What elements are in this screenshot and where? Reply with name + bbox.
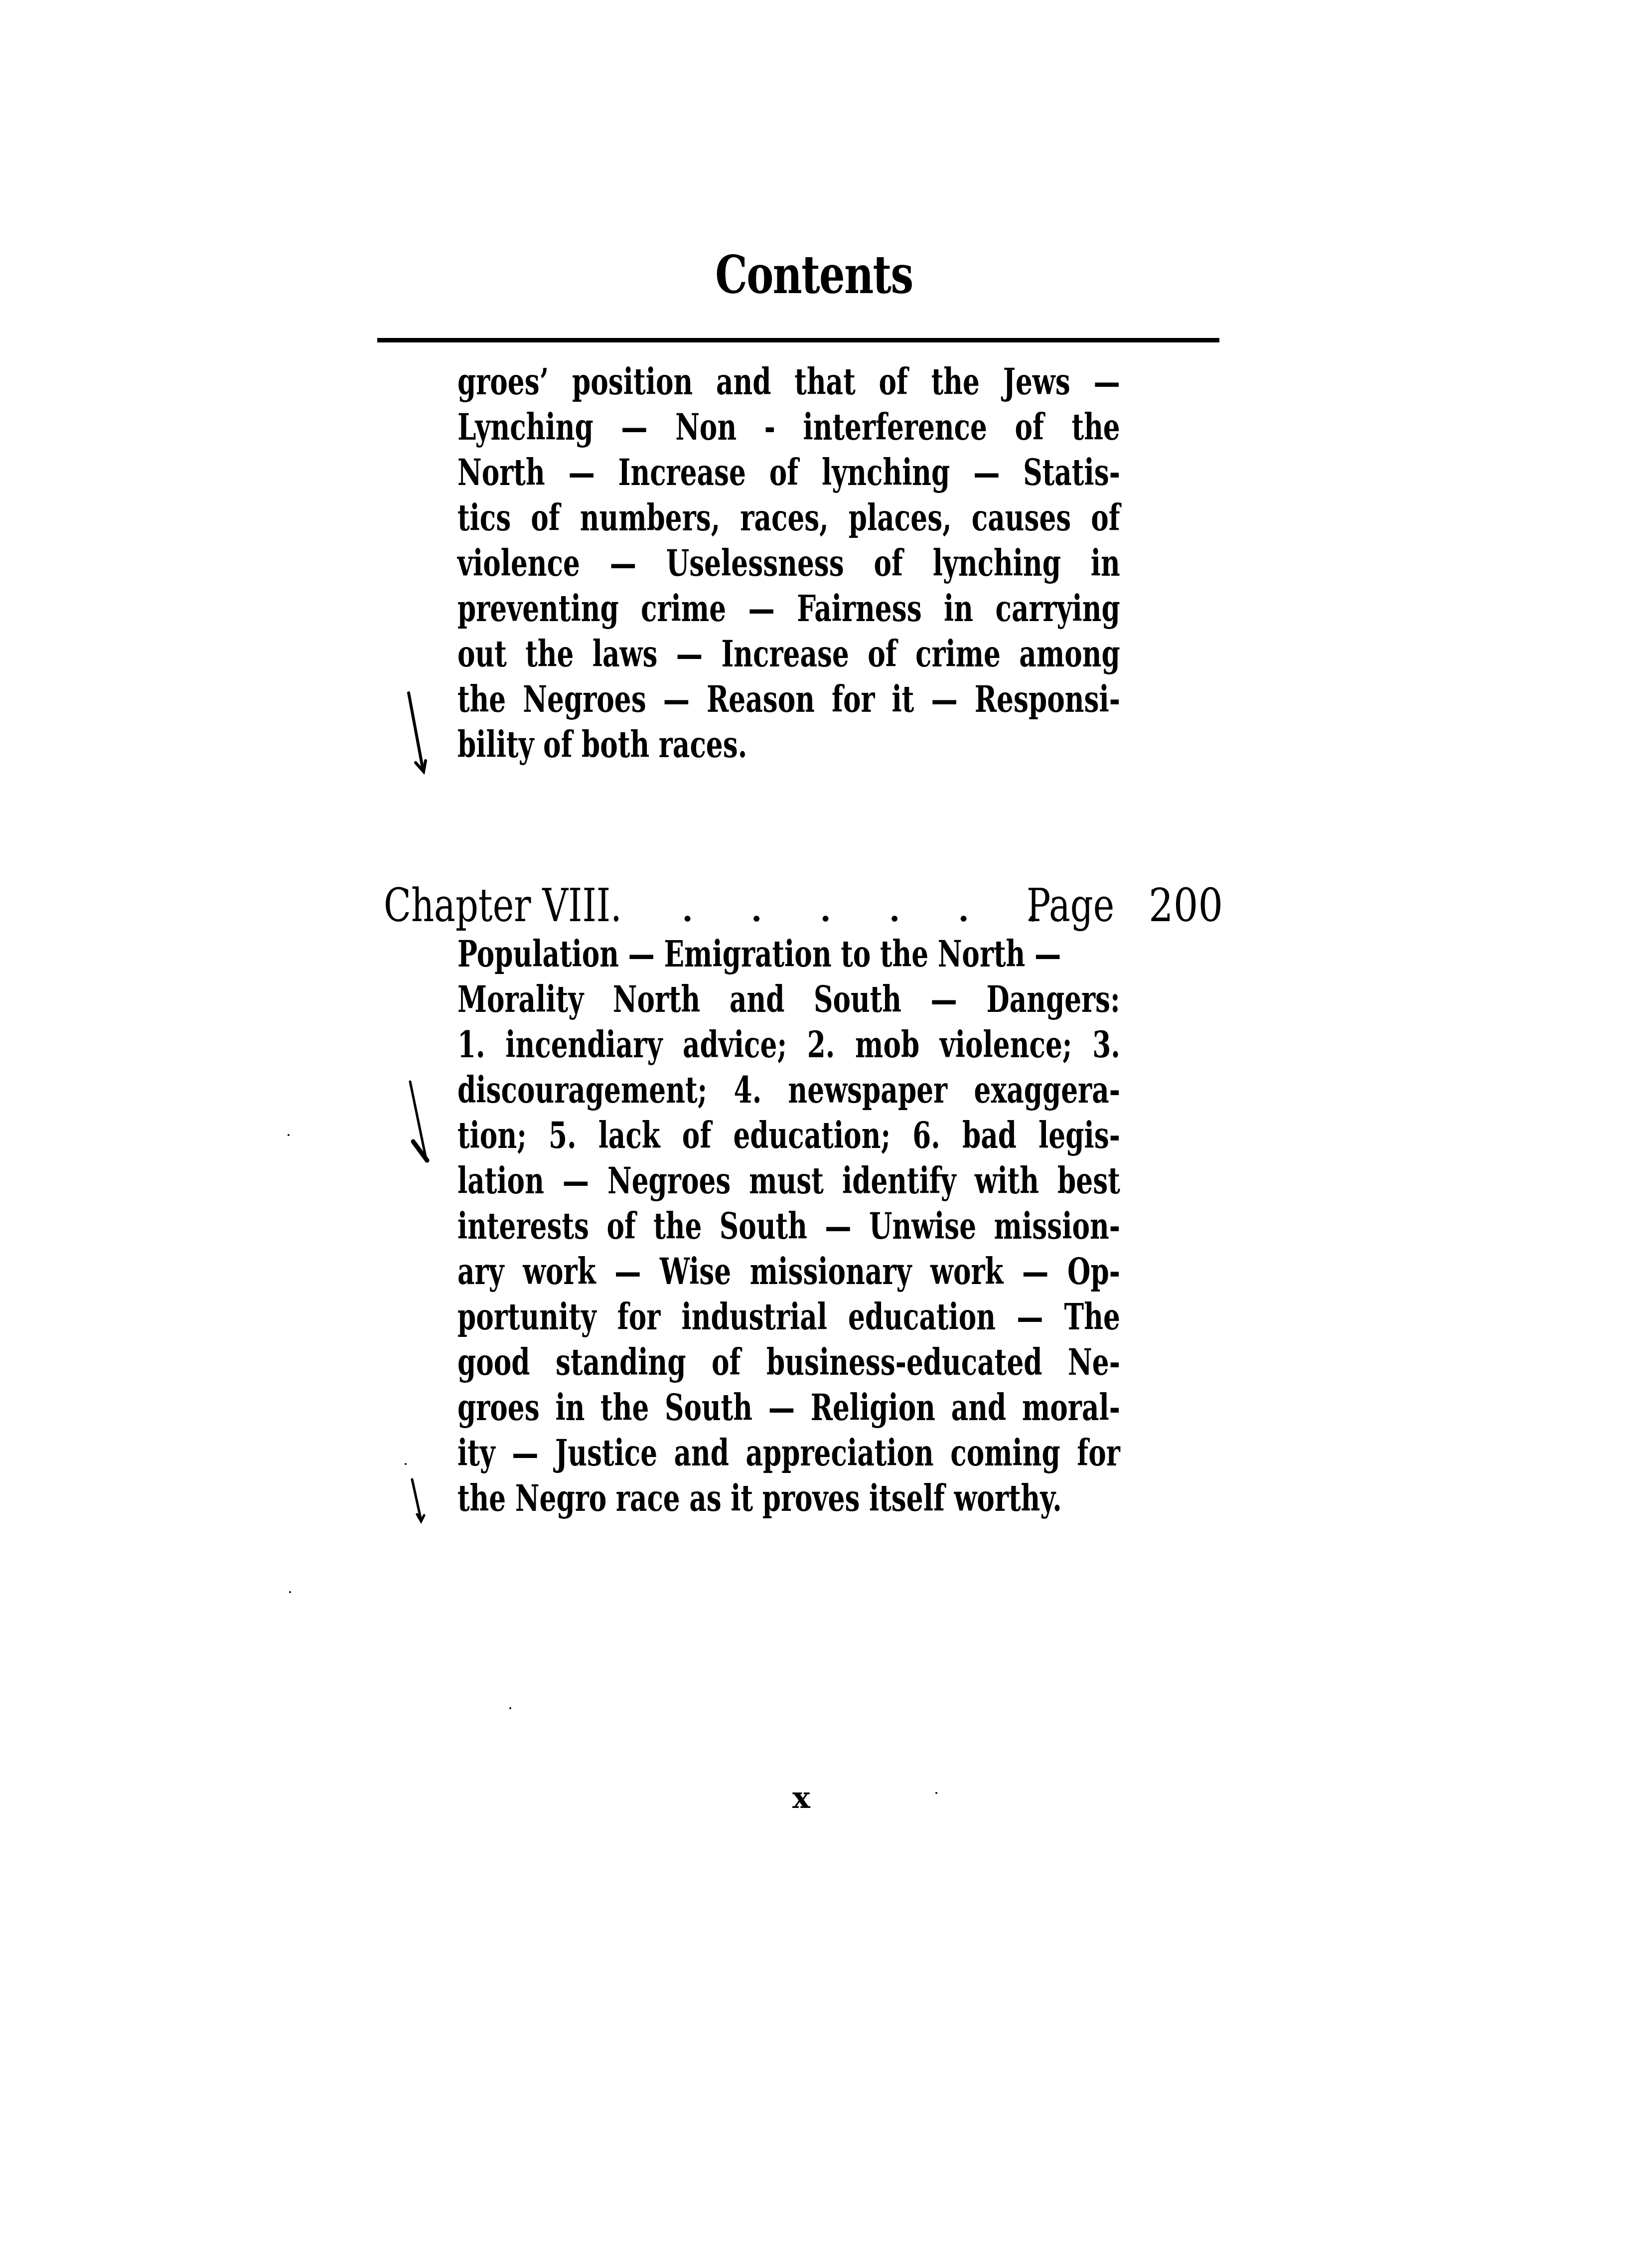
page-word: Page xyxy=(1027,878,1114,933)
chapter-7-summary-continued: groes’ position and that of the Jews — L… xyxy=(457,359,1120,767)
summary-line: groes in the South — Religion and moral- xyxy=(457,1385,1120,1430)
summary-line: bility of both races. xyxy=(457,722,1120,767)
summary-line: tion; 5. lack of education; 6. bad legis… xyxy=(457,1113,1120,1158)
scan-speck xyxy=(935,1792,937,1794)
summary-line: ity — Justice and appreciation coming fo… xyxy=(457,1430,1120,1475)
summary-line: North — Increase of lynching — Statis- xyxy=(457,450,1120,495)
chapter-8-heading: Chapter VIII. . . . . . . Page 200 xyxy=(384,878,1231,933)
summary-line: portunity for industrial education — The xyxy=(457,1294,1120,1339)
title-rule-divider xyxy=(377,338,1219,342)
scan-speck xyxy=(288,1134,290,1136)
summary-line: interests of the South — Unwise mission- xyxy=(457,1203,1120,1249)
page-folio: x xyxy=(792,1781,810,1815)
page-number: 200 xyxy=(1149,878,1223,933)
chapter-label: Chapter VIII. xyxy=(384,878,622,933)
summary-line: 1. incendiary advice; 2. mob violence; 3… xyxy=(457,1022,1120,1067)
summary-line: the Negro race as it proves itself worth… xyxy=(457,1475,1120,1521)
summary-line: groes’ position and that of the Jews — xyxy=(457,359,1120,404)
dot-leader: . . . . . . xyxy=(680,878,1060,933)
pencil-arrow-mark-icon xyxy=(406,1475,431,1525)
summary-line: Population — Emigration to the North — xyxy=(457,931,1120,976)
summary-line: preventing crime — Fairness in carrying xyxy=(457,586,1120,631)
pencil-arrow-mark-icon xyxy=(406,1077,436,1166)
summary-line: out the laws — Increase of crime among xyxy=(457,631,1120,676)
summary-line: tics of numbers, races, places, causes o… xyxy=(457,495,1120,540)
scan-speck xyxy=(509,1707,511,1709)
scan-speck xyxy=(405,1463,407,1465)
summary-line: discouragement; 4. newspaper exaggera- xyxy=(457,1067,1120,1113)
summary-line: the Negroes — Reason for it — Responsi- xyxy=(457,676,1120,722)
scan-speck xyxy=(289,1591,291,1593)
summary-line: lation — Negroes must identify with best xyxy=(457,1158,1120,1203)
page-title: Contents xyxy=(179,244,1449,306)
pencil-arrow-mark-icon xyxy=(404,688,434,778)
summary-line: Lynching — Non - interference of the xyxy=(457,404,1120,450)
summary-line: ary work — Wise missionary work — Op- xyxy=(457,1249,1120,1294)
summary-line: good standing of business-educated Ne- xyxy=(457,1339,1120,1385)
summary-line: violence — Uselessness of lynching in xyxy=(457,540,1120,586)
chapter-8-summary: Population — Emigration to the North — M… xyxy=(457,931,1120,1521)
summary-line: Morality North and South — Dangers: xyxy=(457,976,1120,1022)
